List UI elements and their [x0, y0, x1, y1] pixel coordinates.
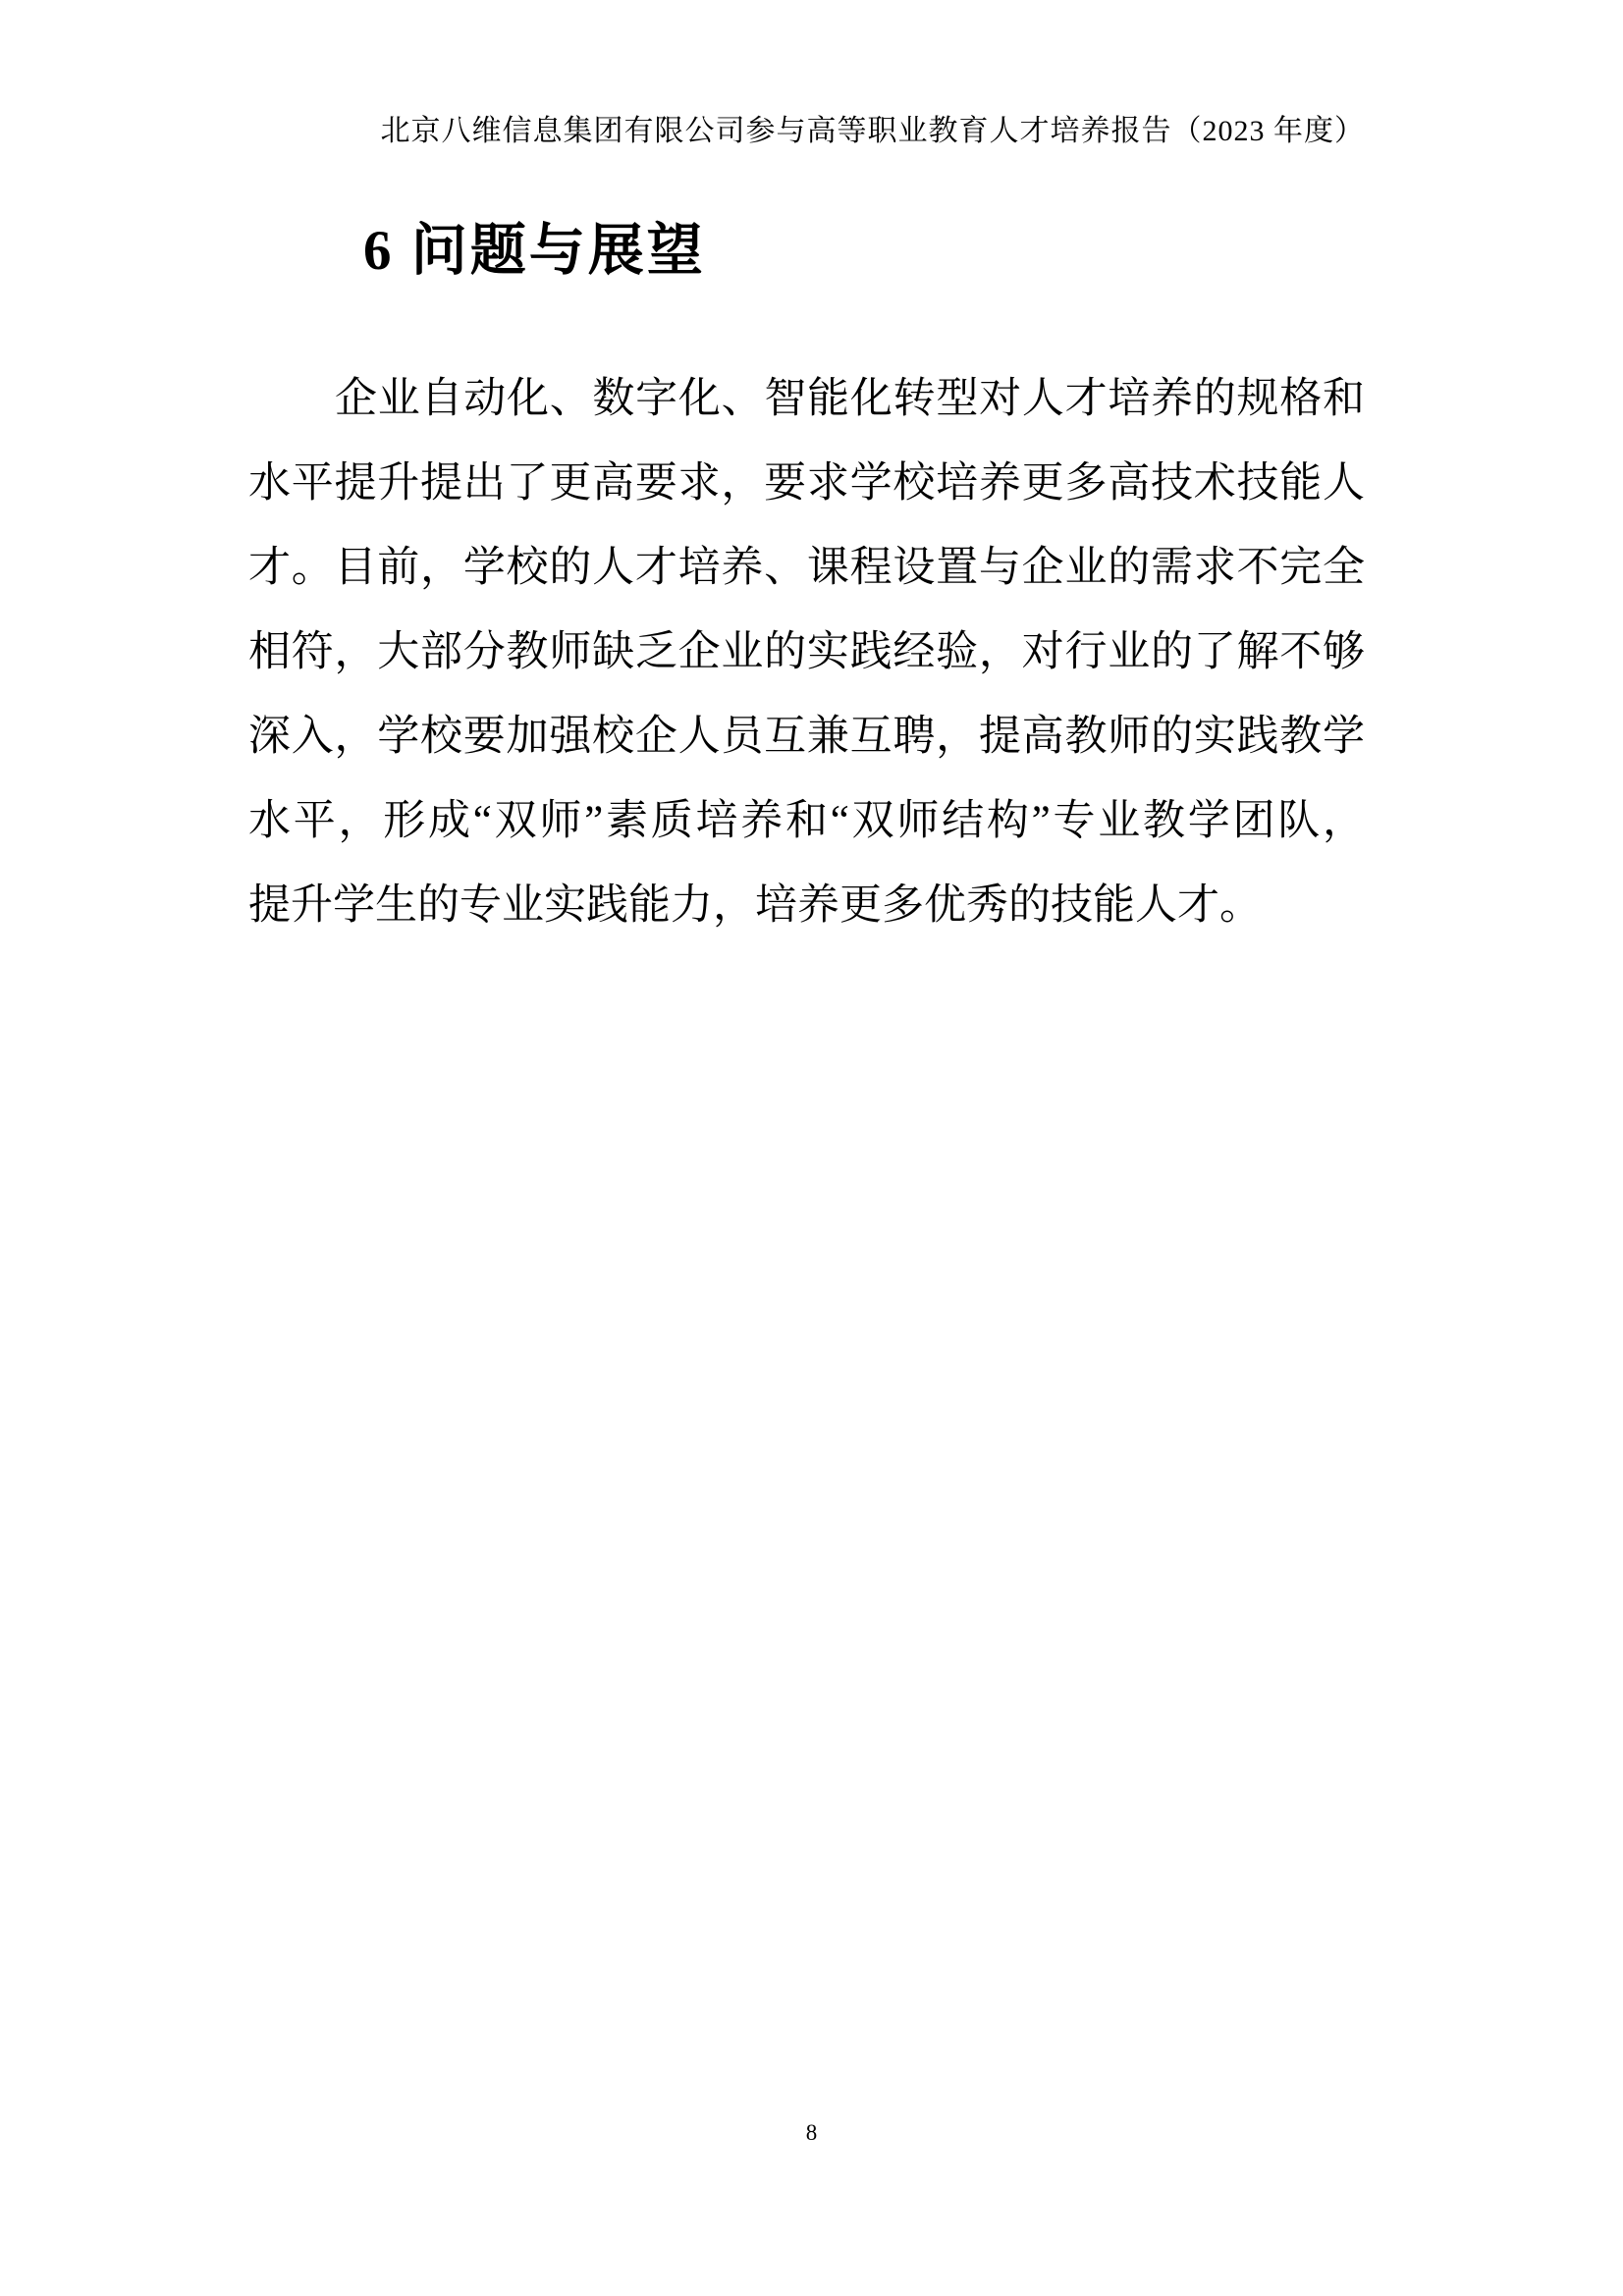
document-page: 北京八维信息集团有限公司参与高等职业教育人才培养报告（2023 年度） 6 问题… [0, 0, 1623, 2296]
paragraph-line: 企业自动化、数字化、智能化转型对人才培养的规格和 [248, 357, 1365, 442]
page-header-text: 北京八维信息集团有限公司参与高等职业教育人才培养报告（2023 年度） [248, 112, 1365, 151]
section-heading: 6 问题与展望 [363, 218, 706, 285]
paragraph-line: 相符，大部分教师缺乏企业的实践经验，对行业的了解不够 [248, 611, 1365, 695]
paragraph-line: 提升学生的专业实践能力，培养更多优秀的技能人才。 [248, 864, 1365, 948]
paragraph-line: 水平提升提出了更高要求，要求学校培养更多高技术技能人 [248, 442, 1365, 526]
paragraph-line: 水平，形成“双师”素质培养和“双师结构”专业教学团队， [248, 779, 1365, 864]
page-number: 8 [0, 2118, 1623, 2148]
body-paragraph: 企业自动化、数字化、智能化转型对人才培养的规格和 水平提升提出了更高要求，要求学… [248, 357, 1365, 948]
paragraph-line: 深入，学校要加强校企人员互兼互聘，提高教师的实践教学 [248, 695, 1365, 779]
paragraph-line: 才。目前，学校的人才培养、课程设置与企业的需求不完全 [248, 526, 1365, 611]
